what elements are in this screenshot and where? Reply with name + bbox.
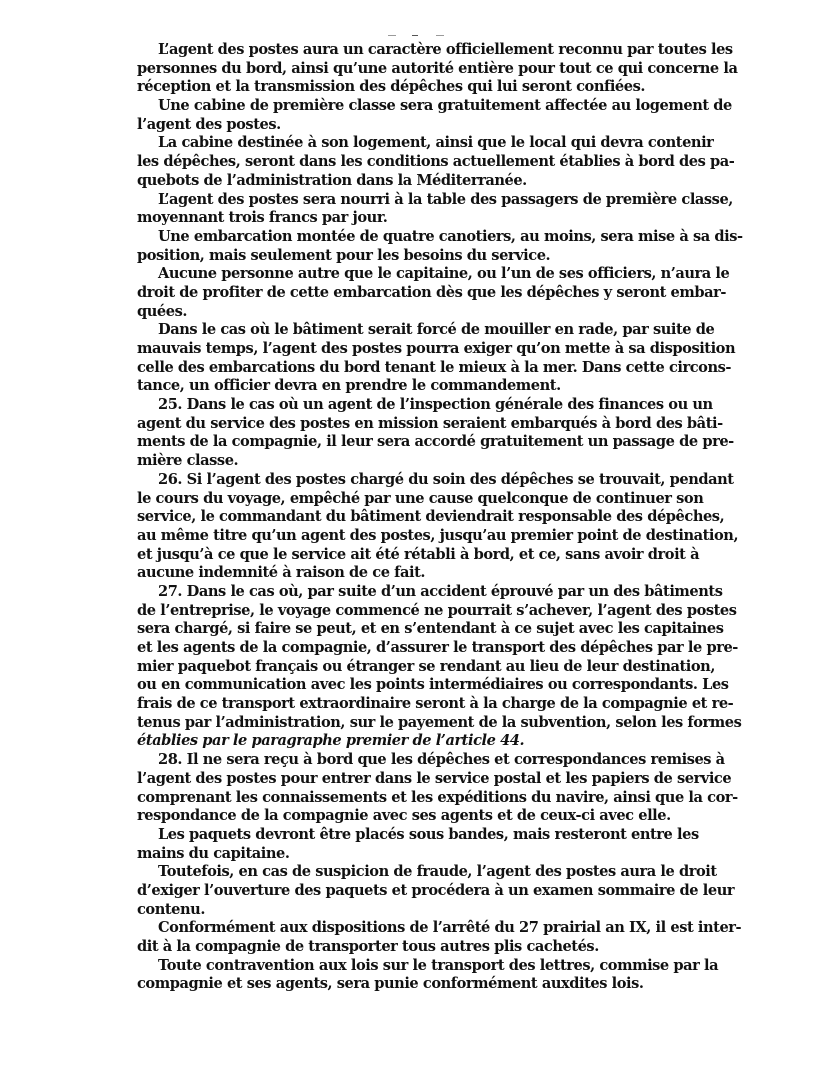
text-line: Aucune personne autre que le capitaine, … xyxy=(137,265,688,284)
paragraph: L’agent des postes aura un caractère off… xyxy=(137,41,688,97)
page-header-mark xyxy=(388,35,444,37)
text-line: compagnie et ses agents, sera punie conf… xyxy=(137,975,688,994)
paragraph: Aucune personne autre que le capitaine, … xyxy=(137,265,688,321)
text-line: de l’entreprise, le voyage commencé ne p… xyxy=(137,602,688,621)
paragraph: 26. Si l’agent des postes chargé du soin… xyxy=(137,471,688,583)
text-line: quebots de l’administration dans la Médi… xyxy=(137,172,688,191)
text-line: ou en communication avec les points inte… xyxy=(137,676,688,695)
text-line: mier paquebot français ou étranger se re… xyxy=(137,658,688,677)
text-line: agent du service des postes en mission s… xyxy=(137,415,688,434)
paragraph: 25. Dans le cas où un agent de l’inspect… xyxy=(137,396,688,471)
paragraph: Conformément aux dispositions de l’arrêt… xyxy=(137,919,688,956)
text-line: l’agent des postes pour entrer dans le s… xyxy=(137,770,688,789)
text-line: Toutefois, en cas de suspicion de fraude… xyxy=(137,863,688,882)
text-line: ments de la compagnie, il leur sera acco… xyxy=(137,433,688,452)
text-line: mière classe. xyxy=(137,452,688,471)
text-line: dit à la compagnie de transporter tous a… xyxy=(137,938,688,957)
text-line: aucune indemnité à raison de ce fait. xyxy=(137,564,688,583)
text-line: personnes du bord, ainsi qu’une autorité… xyxy=(137,60,688,79)
paragraph: La cabine destinée à son logement, ainsi… xyxy=(137,134,688,190)
text-line: au même titre qu’un agent des postes, ju… xyxy=(137,527,688,546)
paragraph: Toute contravention aux lois sur le tran… xyxy=(137,957,688,994)
text-line: L’agent des postes sera nourri à la tabl… xyxy=(137,191,688,210)
text-line: et les agents de la compagnie, d’assurer… xyxy=(137,639,688,658)
text-line: respondance de la compagnie avec ses age… xyxy=(137,807,688,826)
text-line: Les paquets devront être placés sous ban… xyxy=(137,826,688,845)
text-line: les dépêches, seront dans les conditions… xyxy=(137,153,688,172)
text-line: Une cabine de première classe sera gratu… xyxy=(137,97,688,116)
text-line: celle des embarcations du bord tenant le… xyxy=(137,359,688,378)
text-line: le cours du voyage, empêché par une caus… xyxy=(137,490,688,509)
text-line: d’exiger l’ouverture des paquets et proc… xyxy=(137,882,688,901)
text-line: réception et la transmission des dépêche… xyxy=(137,78,688,97)
text-line: tenus par l’administration, sur le payem… xyxy=(137,714,688,733)
text-line: sera chargé, si faire se peut, et en s’e… xyxy=(137,620,688,639)
text-line: frais de ce transport extraordinaire ser… xyxy=(137,695,688,714)
text-line: mauvais temps, l’agent des postes pourra… xyxy=(137,340,688,359)
text-line: moyennant trois francs par jour. xyxy=(137,209,688,228)
text-line: établies par le paragraphe premier de l’… xyxy=(137,732,688,751)
text-line: quées. xyxy=(137,303,688,322)
text-line: contenu. xyxy=(137,901,688,920)
text-line: L’agent des postes aura un caractère off… xyxy=(137,41,688,60)
text-line: 27. Dans le cas où, par suite d’un accid… xyxy=(137,583,688,602)
text-line: position, mais seulement pour les besoin… xyxy=(137,247,688,266)
paragraph: Une embarcation montée de quatre canotie… xyxy=(137,228,688,265)
paragraph: Toutefois, en cas de suspicion de fraude… xyxy=(137,863,688,919)
paragraph: L’agent des postes sera nourri à la tabl… xyxy=(137,191,688,228)
text-line: Toute contravention aux lois sur le tran… xyxy=(137,957,688,976)
text-line: Conformément aux dispositions de l’arrêt… xyxy=(137,919,688,938)
text-line: droit de profiter de cette embarcation d… xyxy=(137,284,688,303)
scanned-page: L’agent des postes aura un caractère off… xyxy=(0,0,830,1081)
text-line: service, le commandant du bâtiment devie… xyxy=(137,508,688,527)
text-line: 26. Si l’agent des postes chargé du soin… xyxy=(137,471,688,490)
text-line: comprenant les connaissements et les exp… xyxy=(137,789,688,808)
paragraph: 27. Dans le cas où, par suite d’un accid… xyxy=(137,583,688,751)
document-body: L’agent des postes aura un caractère off… xyxy=(137,41,688,994)
text-line: 28. Il ne sera reçu à bord que les dépêc… xyxy=(137,751,688,770)
text-line: mains du capitaine. xyxy=(137,845,688,864)
text-line: et jusqu’à ce que le service ait été rét… xyxy=(137,546,688,565)
text-line: La cabine destinée à son logement, ainsi… xyxy=(137,134,688,153)
text-line: 25. Dans le cas où un agent de l’inspect… xyxy=(137,396,688,415)
text-line: l’agent des postes. xyxy=(137,116,688,135)
paragraph: 28. Il ne sera reçu à bord que les dépêc… xyxy=(137,751,688,826)
text-line: tance, un officier devra en prendre le c… xyxy=(137,377,688,396)
text-line: Dans le cas où le bâtiment serait forcé … xyxy=(137,321,688,340)
paragraph: Les paquets devront être placés sous ban… xyxy=(137,826,688,863)
text-line: Une embarcation montée de quatre canotie… xyxy=(137,228,688,247)
paragraph: Une cabine de première classe sera gratu… xyxy=(137,97,688,134)
paragraph: Dans le cas où le bâtiment serait forcé … xyxy=(137,321,688,396)
